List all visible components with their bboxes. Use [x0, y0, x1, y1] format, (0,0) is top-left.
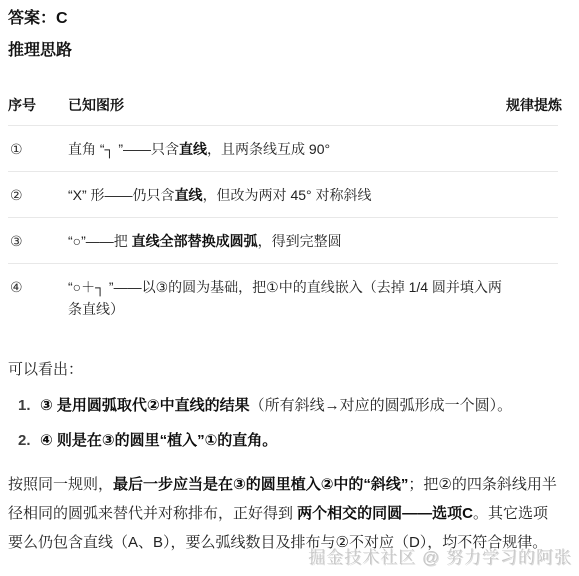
list-item-text: ③ 是用圆弧取代②中直线的结果（所有斜线→对应的圆弧形成一个圆）。 — [40, 397, 512, 414]
list-item-number: 2. — [18, 430, 31, 452]
list-item-number: 1. — [18, 395, 31, 417]
row-desc: “X” 形——仍只含直线，但改为两对 45° 对称斜线 — [68, 172, 506, 218]
table-row: ④ “○＋┐ ”——以③的圆为基础，把①中的直线嵌入（去掉 1/4 圆并填入两条… — [8, 264, 558, 332]
row-pattern-empty — [506, 218, 558, 264]
row-desc: “○”——把 直线全部替换成圆弧，得到完整圆 — [68, 218, 506, 264]
row-number: ① — [8, 126, 68, 172]
row-pattern-empty — [506, 172, 558, 218]
list-item-text: ④ 则是在③的圆里“植入”①的直角。 — [40, 432, 277, 449]
table-header-pattern: 规律提炼 — [506, 85, 558, 126]
table-row: ② “X” 形——仍只含直线，但改为两对 45° 对称斜线 — [8, 172, 558, 218]
row-pattern-empty — [506, 126, 558, 172]
row-number: ③ — [8, 218, 68, 264]
list-item: 1. ③ 是用圆弧取代②中直线的结果（所有斜线→对应的圆弧形成一个圆）。 — [8, 395, 558, 417]
document-page: 答案：C 推理思路 序号 已知图形 规律提炼 ① 直角 “┐ ”——只含直线，且… — [0, 0, 579, 576]
row-desc: “○＋┐ ”——以③的圆为基础，把①中的直线嵌入（去掉 1/4 圆并填入两条直线… — [68, 264, 506, 332]
table-header-row: 序号 已知图形 规律提炼 — [8, 85, 558, 126]
table-row: ③ “○”——把 直线全部替换成圆弧，得到完整圆 — [8, 218, 558, 264]
table-header-no: 序号 — [8, 85, 68, 126]
section-heading: 推理思路 — [8, 41, 558, 60]
conclusion-paragraph: 按照同一规则，最后一步应当是在③的圆里植入②中的“斜线”；把②的四条斜线用半径相… — [8, 470, 560, 557]
observations-intro: 可以看出： — [8, 359, 558, 381]
table-row: ① 直角 “┐ ”——只含直线，且两条线互成 90° — [8, 126, 558, 172]
row-number: ④ — [8, 264, 68, 332]
table-header-known: 已知图形 — [68, 85, 506, 126]
observations-list: 1. ③ 是用圆弧取代②中直线的结果（所有斜线→对应的圆弧形成一个圆）。 2. … — [8, 395, 558, 452]
list-item: 2. ④ 则是在③的圆里“植入”①的直角。 — [8, 430, 558, 452]
reasoning-table: 序号 已知图形 规律提炼 ① 直角 “┐ ”——只含直线，且两条线互成 90° … — [8, 85, 558, 331]
row-number: ② — [8, 172, 68, 218]
row-pattern-empty — [506, 264, 558, 332]
answer-heading: 答案：C — [8, 9, 558, 28]
row-desc: 直角 “┐ ”——只含直线，且两条线互成 90° — [68, 126, 506, 172]
